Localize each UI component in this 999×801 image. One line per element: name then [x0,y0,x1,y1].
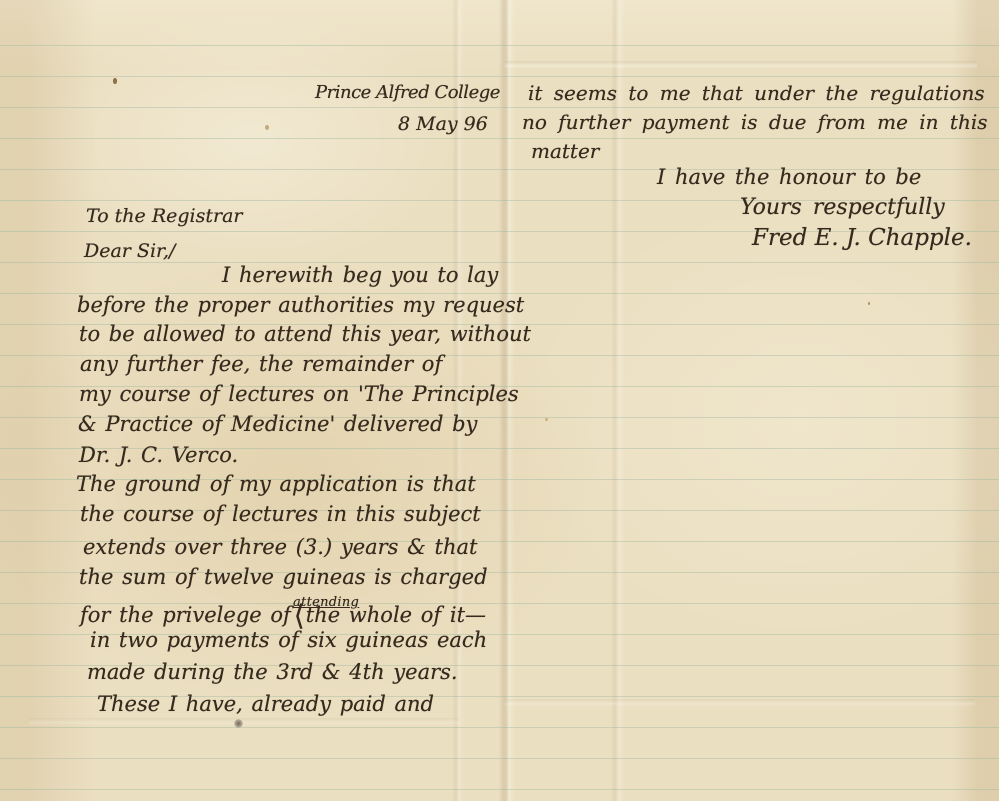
body-line: & Practice of Medicine' delivered by [78,414,477,435]
page2-line: no further payment is due from me in thi… [522,112,988,132]
fold-crease-horizontal-bottom-left [29,718,459,726]
insertion-word: attending [293,596,359,609]
body-line: in two payments of six guineas each [90,630,487,651]
page2-line: matter [531,141,599,161]
ink-smudge [234,719,243,728]
fold-crease-horizontal-bottom-right [505,699,975,707]
fold-crease-horizontal-top-right [505,61,977,69]
body-line: made during the 3rd & 4th years. [87,662,458,683]
pinhole-speck [113,78,117,84]
body-line: the sum of twelve guineas is charged [79,567,488,588]
heading-date: 8 May 96 [398,115,488,134]
body-line: the course of lectures in this subject [80,504,481,525]
body-line-pre: for the privelege of [80,603,291,627]
body-line: to be allowed to attend this year, witho… [79,324,531,345]
closing-line-2: Yours respectfully [740,197,945,219]
paper-speck [545,418,548,421]
letter-sheet: Prince Alfred College 8 May 96 To the Re… [0,0,999,801]
body-line: Dr. J. C. Verco. [79,445,238,466]
scanned-letter-page: Prince Alfred College 8 May 96 To the Re… [0,0,999,801]
body-line: before the proper authorities my request [77,295,524,316]
body-line: The ground of my application is that [76,474,476,495]
body-line: extends over three (3.) years & that [83,537,477,558]
paper-speck [868,302,870,305]
body-line: I herewith beg you to lay [222,265,498,286]
body-line-with-insertion: for the privelege of⟨the whole of it— [80,599,486,627]
closing-line-1: I have the honour to be [657,167,921,188]
recipient-line: To the Registrar [86,207,243,226]
salutation-line: Dear Sir,/ [84,242,175,261]
heading-place: Prince Alfred College [315,84,500,102]
pinhole-speck [265,125,269,130]
body-line: any further fee, the remainder of [80,354,442,375]
page2-line: it seems to me that under the regulation… [528,83,985,103]
body-line: These I have, already paid and [97,694,434,715]
body-line: my course of lectures on 'The Principles [79,384,519,405]
signature-line: Fred E. J. Chapple. [752,227,972,250]
